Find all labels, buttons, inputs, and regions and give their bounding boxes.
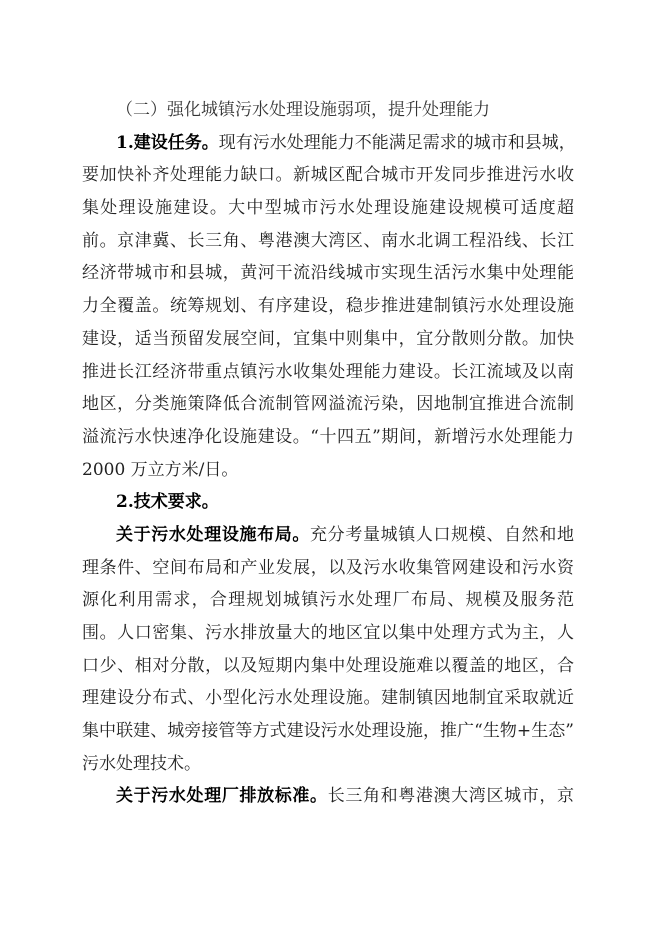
paragraph-line: 污水处理技术。	[82, 748, 574, 781]
paragraph-construction-tasks: 1.建设任务。现有污水处理能力不能满足需求的城市和县城， 要加快补齐处理能力缺口…	[82, 127, 574, 487]
section-heading: （二）强化城镇污水处理设施弱项，提升处理能力	[82, 94, 574, 127]
paragraph-line: 地区，分类施策降低合流制管网溢流污染，因地制宜推进合流制	[82, 388, 574, 421]
paragraph-line: 理条件、空间布局和产业发展，以及污水收集管网建设和污水资	[82, 552, 574, 585]
paragraph-line: 力全覆盖。统筹规划、有序建设，稳步推进建制镇污水处理设施	[82, 290, 574, 323]
paragraph-facility-layout: 关于污水处理设施布局。充分考量城镇人口规模、自然和地 理条件、空间布局和产业发展…	[82, 519, 574, 781]
paragraph-lead: 关于污水处理厂排放标准。	[116, 786, 328, 806]
paragraph-line: 围。人口密集、污水排放量大的地区宜以集中处理方式为主，人	[82, 617, 574, 650]
document-page: （二）强化城镇污水处理设施弱项，提升处理能力 1.建设任务。现有污水处理能力不能…	[82, 94, 574, 813]
paragraph-line: 集中联建、城旁接管等方式建设污水处理设施，推广“生物+生态”	[82, 715, 574, 748]
paragraph-line: 2000 万立方米/日。	[82, 454, 574, 487]
paragraph-lead: 2.技术要求。	[116, 492, 219, 512]
paragraph-technical-requirements: 2.技术要求。	[82, 486, 574, 519]
paragraph-line: 建设，适当预留发展空间，宜集中则集中，宜分散则分散。加快	[82, 323, 574, 356]
paragraph-line: 理建设分布式、小型化污水处理设施。建制镇因地制宜采取就近	[82, 682, 574, 715]
paragraph-line: 溢流污水快速净化设施建设。“十四五”期间，新增污水处理能力	[82, 421, 574, 454]
paragraph-line: 前。京津冀、长三角、粤港澳大湾区、南水北调工程沿线、长江	[82, 225, 574, 258]
paragraph-line: 关于污水处理设施布局。充分考量城镇人口规模、自然和地	[82, 519, 574, 552]
paragraph-line: 口少、相对分散，以及短期内集中处理设施难以覆盖的地区，合	[82, 650, 574, 683]
paragraph-line: 源化利用需求，合理规划城镇污水处理厂布局、规模及服务范	[82, 584, 574, 617]
paragraph-line: 集处理设施建设。大中型城市污水处理设施建设规模可适度超	[82, 192, 574, 225]
paragraph-line: 要加快补齐处理能力缺口。新城区配合城市开发同步推进污水收	[82, 159, 574, 192]
paragraph-lead: 关于污水处理设施布局。	[116, 525, 310, 545]
paragraph-line: 关于污水处理厂排放标准。长三角和粤港澳大湾区城市，京	[82, 780, 574, 813]
paragraph-line: 经济带城市和县城，黄河干流沿线城市实现生活污水集中处理能	[82, 257, 574, 290]
paragraph-discharge-standards: 关于污水处理厂排放标准。长三角和粤港澳大湾区城市，京	[82, 780, 574, 813]
paragraph-line: 1.建设任务。现有污水处理能力不能满足需求的城市和县城，	[82, 127, 574, 160]
paragraph-lead: 1.建设任务。	[116, 133, 219, 153]
paragraph-line: 推进长江经济带重点镇污水收集处理能力建设。长江流域及以南	[82, 356, 574, 389]
